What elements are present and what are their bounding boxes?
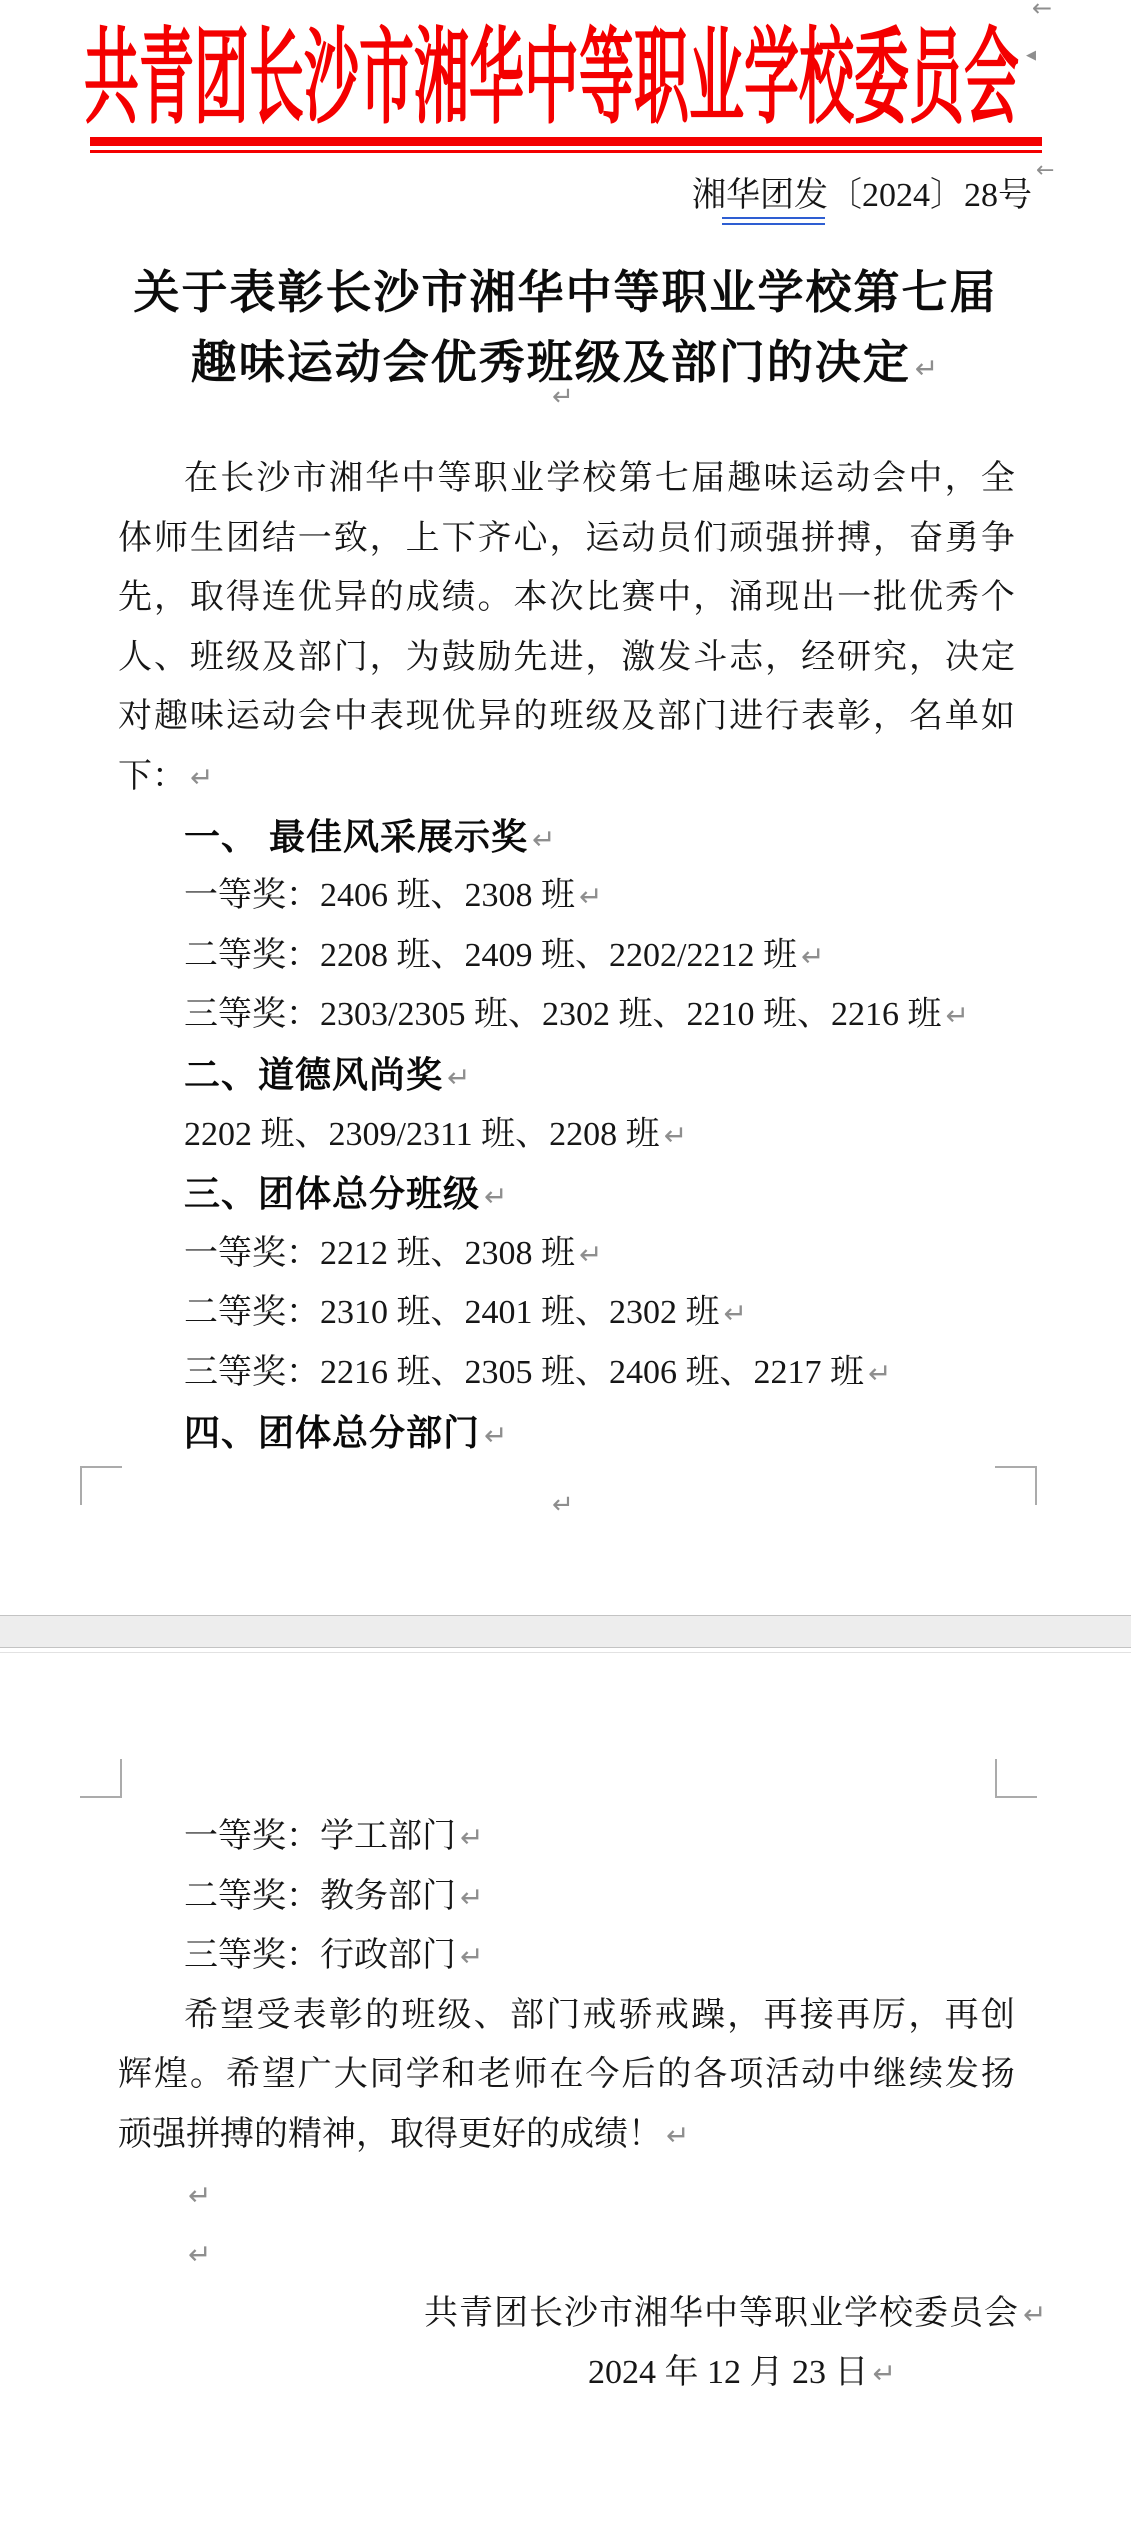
char: 长 (220, 458, 254, 500)
char: 望 (262, 2054, 296, 2096)
char: 异 (334, 577, 368, 619)
line-text: 二等奖：2310 班、2401 班、2302 班 (184, 1294, 720, 1331)
char: 校 (582, 458, 616, 500)
line-text: 三等奖：2303/2305 班、2302 班、2210 班、2216 班 (184, 996, 941, 1033)
document-line: 一等奖：2406 班、2308 班↵ (184, 875, 602, 917)
paragraph-mark-icon: ↵ (868, 1357, 891, 1390)
document-line: 2024 年 12 月 23 日↵ (588, 2352, 896, 2394)
char: 励 (478, 637, 512, 679)
page1-bottom-right-margin-mark (995, 1466, 1037, 1505)
char: 华 (365, 458, 399, 500)
paragraph-mark-icon: ↵ (188, 2179, 211, 2212)
section-heading: 一、 最佳风采展示奖↵ (184, 816, 556, 858)
char: 趣 (154, 696, 188, 738)
char: ， (370, 518, 404, 560)
doc-number: 湘华团发〔2024〕28号 (692, 176, 1032, 216)
line-text: 一等奖：学工部门 (184, 1818, 456, 1855)
char: 成 (406, 577, 440, 619)
char: 如 (981, 696, 1015, 738)
char: ， (370, 637, 404, 679)
char: 得 (226, 577, 260, 619)
paragraph-mark-icon: ↵ (873, 2357, 896, 2390)
letterhead-title: 共青团长沙市湘华中等职业学校委员会 (84, 0, 1018, 144)
line-text: 二等奖：教务部门 (184, 1878, 456, 1915)
char: 批 (873, 577, 907, 619)
char: 师 (154, 518, 188, 560)
paragraph-mark-icon: ↵ (579, 1238, 602, 1271)
char: 、 (154, 637, 188, 679)
char: 涌 (729, 577, 763, 619)
char: 彰 (329, 1995, 363, 2037)
char: 绩 (442, 577, 476, 619)
char: 单 (945, 696, 979, 738)
char: 结 (262, 518, 296, 560)
char: 的 (365, 1995, 399, 2037)
document-line: 顽强拼搏的精神，取得更好的成绩！↵ (118, 2114, 689, 2156)
char: 名 (909, 696, 943, 738)
char: 表 (801, 696, 835, 738)
char: 动 (262, 696, 296, 738)
paragraph-mark-icon: ↵ (666, 2119, 689, 2152)
char: 续 (909, 2054, 943, 2096)
paragraph-return-icon: ← (1036, 158, 1054, 183)
char: 勇 (945, 518, 979, 560)
char: 七 (655, 458, 689, 500)
char: 活 (765, 2054, 799, 2096)
line-text: 一等奖：2406 班、2308 班 (184, 877, 575, 914)
char: 广 (298, 2054, 332, 2096)
char: 运 (800, 458, 834, 500)
char: 研 (837, 637, 871, 679)
line-text: 共青团长沙市湘华中等职业学校委员会 (424, 2295, 1019, 2332)
char: 比 (585, 577, 619, 619)
char: 学 (406, 2054, 440, 2096)
char: 取 (190, 577, 224, 619)
document-line: 一等奖：2212 班、2308 班↵ (184, 1233, 602, 1275)
line-text: 下： (118, 758, 186, 795)
char: 对 (118, 696, 152, 738)
char: ， (693, 577, 727, 619)
char: 优 (909, 577, 943, 619)
document-line: 在长沙市湘华中等职业学校第七届趣味运动会中，全 (184, 458, 1015, 500)
document-line: 三等奖：2303/2305 班、2302 班、2210 班、2216 班↵ (184, 994, 969, 1036)
paragraph-mark-icon: ↵ (484, 1180, 508, 1213)
char: 顽 (729, 518, 763, 560)
line-text: 四、团体总分部门 (184, 1412, 480, 1453)
char: 市 (293, 458, 327, 500)
char: 动 (836, 458, 870, 500)
char: 生 (190, 518, 224, 560)
paragraph-mark-icon: ↵ (447, 1061, 471, 1094)
char: 会 (298, 696, 332, 738)
paragraph-mark-icon: ↵ (801, 940, 824, 973)
char: 及 (621, 696, 655, 738)
char: 争 (981, 518, 1015, 560)
char: 全 (981, 458, 1015, 500)
char: 门 (546, 1995, 580, 2037)
char: 大 (334, 2054, 368, 2096)
char: 动 (801, 2054, 835, 2096)
document-line: 对趣味运动会中表现优异的班级及部门进行表彰，名单如 (118, 696, 1015, 738)
char: 先 (118, 577, 152, 619)
char: 人 (118, 637, 152, 679)
char: 同 (370, 2054, 404, 2096)
document-line: 共青团长沙市湘华中等职业学校委员会↵ (424, 2293, 1047, 2335)
char: 体 (118, 518, 152, 560)
spellcheck-underline (722, 217, 825, 225)
char: 运 (226, 696, 260, 738)
line-text: 2024 年 12 月 23 日 (588, 2354, 869, 2391)
char: 的 (657, 2054, 691, 2096)
char: 学 (546, 458, 580, 500)
char: 异 (478, 696, 512, 738)
document-line: 二等奖：教务部门↵ (184, 1876, 483, 1918)
char: 本 (513, 577, 547, 619)
char: 团 (226, 518, 260, 560)
line-text: 一、 最佳风采展示奖 (184, 816, 528, 857)
char: 接 (800, 1995, 834, 2037)
red-rule-thin (90, 150, 1042, 153)
char: 部 (298, 637, 332, 679)
paragraph-mark-icon: ↵ (915, 352, 940, 385)
char: 现 (765, 577, 799, 619)
paragraph-mark-icon: ↵ (552, 382, 574, 412)
paragraph-return-icon: ← (1032, 0, 1052, 22)
page2-top-right-margin-mark (995, 1759, 1037, 1798)
char: 师 (513, 2054, 547, 2096)
document-line: ↵ (184, 2174, 211, 2216)
char: 级 (585, 696, 619, 738)
char: ， (909, 637, 943, 679)
char: 再 (945, 1995, 979, 2037)
char: 级 (438, 1995, 472, 2037)
char: 部 (657, 696, 691, 738)
paragraph-mark-icon: ↵ (532, 823, 556, 856)
char: 受 (256, 1995, 290, 2037)
char: ， (873, 518, 907, 560)
char: 项 (729, 2054, 763, 2096)
char: 在 (184, 458, 218, 500)
paragraph-mark-icon: ↵ (460, 1940, 483, 1973)
char: 一 (298, 518, 332, 560)
char: 一 (837, 577, 871, 619)
char: 扬 (981, 2054, 1015, 2096)
char: 激 (621, 637, 655, 679)
char: 进 (549, 637, 583, 679)
red-rule-thick (90, 137, 1042, 146)
char: 员 (657, 518, 691, 560)
document-line: 体师生团结一致，上下齐心，运动员们顽强拼搏，奋勇争 (118, 518, 1015, 560)
page2-top-left-margin-mark (80, 1759, 122, 1798)
char: 味 (764, 458, 798, 500)
char: 班 (401, 1995, 435, 2037)
char: 齐 (478, 518, 512, 560)
char: 为 (406, 637, 440, 679)
char: ， (585, 637, 619, 679)
page2-top-edge (0, 1652, 1131, 1653)
char: 上 (406, 518, 440, 560)
char: ， (945, 458, 979, 500)
line-text: 三、团体总分班级 (184, 1173, 480, 1214)
char: 辉 (118, 2054, 152, 2096)
char: 究 (873, 637, 907, 679)
char: 希 (226, 2054, 260, 2096)
char: 中 (334, 696, 368, 738)
char: 在 (549, 2054, 583, 2096)
document-line: 三等奖：2216 班、2305 班、2406 班、2217 班↵ (184, 1352, 891, 1394)
paragraph-mark-icon: ↵ (188, 2238, 211, 2271)
char: 业 (510, 458, 544, 500)
char: 发 (657, 637, 691, 679)
char: 厉 (872, 1995, 906, 2037)
line-text: 三等奖：2216 班、2305 班、2406 班、2217 班 (184, 1354, 864, 1391)
char: 。 (190, 2054, 224, 2096)
document-line: 人、班级及部门，为鼓励先进，激发斗志，经研究，决定 (118, 637, 1015, 679)
line-text: 顽强拼搏的精神，取得更好的成绩！ (118, 2116, 662, 2153)
char: ， (765, 637, 799, 679)
char: 们 (693, 518, 727, 560)
char: 决 (945, 637, 979, 679)
section-heading: 二、道德风尚奖↵ (184, 1054, 471, 1096)
char: 第 (619, 458, 653, 500)
line-text: 一等奖：2212 班、2308 班 (184, 1235, 575, 1272)
char: 职 (474, 458, 508, 500)
char: 班 (549, 696, 583, 738)
document-line: 2202 班、2309/2311 班、2208 班↵ (184, 1114, 687, 1156)
char: 等 (438, 458, 472, 500)
char: 戒 (655, 1995, 689, 2037)
char: 中 (657, 577, 691, 619)
char: 湘 (329, 458, 363, 500)
char: 志 (729, 637, 763, 679)
char: 再 (764, 1995, 798, 2037)
char: 表 (370, 696, 404, 738)
char: 中 (908, 458, 942, 500)
char: 次 (549, 577, 583, 619)
document-line: 下：↵ (118, 756, 213, 798)
document-line: 先，取得连优异的成绩。本次比赛中，涌现出一批优秀个 (118, 577, 1015, 619)
paragraph-mark-icon: ↵ (460, 1881, 483, 1914)
paragraph-mark-icon: ↵ (664, 1119, 687, 1152)
document-line: 二等奖：2208 班、2409 班、2202/2212 班↵ (184, 935, 824, 977)
line-text: 三等奖：行政部门 (184, 1937, 456, 1974)
char: 望 (220, 1995, 254, 2037)
char: 拼 (801, 518, 835, 560)
char: 沙 (256, 458, 290, 500)
char: 下 (442, 518, 476, 560)
char: 希 (184, 1995, 218, 2037)
char: 再 (836, 1995, 870, 2037)
line-text: 二、道德风尚奖 (184, 1054, 443, 1095)
paragraph-mark-icon: ↵ (484, 1419, 508, 1452)
char: 门 (334, 637, 368, 679)
section-heading: 四、团体总分部门↵ (184, 1412, 508, 1454)
paragraph-mark-icon: ↵ (724, 1297, 747, 1330)
char: 的 (370, 577, 404, 619)
char: 后 (621, 2054, 655, 2096)
char: 会 (872, 458, 906, 500)
line-text: 2202 班、2309/2311 班、2208 班 (184, 1116, 660, 1153)
char: 现 (406, 696, 440, 738)
char: 和 (442, 2054, 476, 2096)
char: 连 (262, 577, 296, 619)
char: ， (727, 1995, 761, 2037)
char: 强 (765, 518, 799, 560)
char: 优 (442, 696, 476, 738)
char: 动 (621, 518, 655, 560)
char: ， (873, 696, 907, 738)
document-line: ↵ (184, 2233, 211, 2275)
char: 老 (478, 2054, 512, 2096)
paragraph-mark-icon: ↵ (460, 1821, 483, 1854)
char: ， (549, 518, 583, 560)
char: 中 (401, 458, 435, 500)
char: 表 (293, 1995, 327, 2037)
char: 届 (691, 458, 725, 500)
char: 斗 (693, 637, 727, 679)
char: 出 (801, 577, 835, 619)
char: 、 (474, 1995, 508, 2037)
char: 经 (801, 637, 835, 679)
char: 部 (510, 1995, 544, 2037)
char: 级 (226, 637, 260, 679)
char: 先 (513, 637, 547, 679)
char: 班 (190, 637, 224, 679)
char: 继 (873, 2054, 907, 2096)
char: 奋 (909, 518, 943, 560)
char: 鼓 (442, 637, 476, 679)
document-line: 二等奖：2310 班、2401 班、2302 班↵ (184, 1292, 747, 1334)
document-title-line2-text: 趣味运动会优秀班级及部门的决定 (191, 337, 911, 388)
paragraph-mark-icon: ↵ (945, 999, 968, 1032)
char: 秀 (945, 577, 979, 619)
char: 骄 (619, 1995, 653, 2037)
paragraph-mark-icon: ↵ (552, 1490, 574, 1520)
char: 彰 (837, 696, 871, 738)
char: 心 (513, 518, 547, 560)
paragraph-mark-icon: ↵ (1023, 2298, 1047, 2331)
char: 及 (262, 637, 296, 679)
word-document-page: 共青团长沙市湘华中等职业学校委员会 ← ◀ 湘华团发〔2024〕28号 ← 关于… (0, 0, 1131, 2531)
char: 煌 (154, 2054, 188, 2096)
page-separator (0, 1615, 1131, 1648)
char: 躁 (691, 1995, 725, 2037)
char: ， (908, 1995, 942, 2037)
char: 。 (478, 577, 512, 619)
char: 搏 (837, 518, 871, 560)
char: 致 (334, 518, 368, 560)
char: 行 (765, 696, 799, 738)
paragraph-mark-icon: ↵ (579, 880, 602, 913)
char: 个 (981, 577, 1015, 619)
document-line: 三等奖：行政部门↵ (184, 1935, 483, 1977)
char: 趣 (727, 458, 761, 500)
document-line: 辉煌。希望广大同学和老师在今后的各项活动中继续发扬 (118, 2054, 1015, 2096)
char: ， (154, 577, 188, 619)
document-line: 希望受表彰的班级、部门戒骄戒躁，再接再厉，再创 (184, 1995, 1015, 2037)
char: 味 (190, 696, 224, 738)
page1-bottom-left-margin-mark (80, 1466, 122, 1505)
paragraph-mark-icon: ↵ (190, 761, 213, 794)
char: 中 (837, 2054, 871, 2096)
char: 戒 (582, 1995, 616, 2037)
section-heading: 三、团体总分班级↵ (184, 1173, 508, 1215)
char: 的 (513, 696, 547, 738)
char: 创 (981, 1995, 1015, 2037)
char: 运 (585, 518, 619, 560)
char: 各 (693, 2054, 727, 2096)
line-text: 二等奖：2208 班、2409 班、2202/2212 班 (184, 937, 797, 974)
document-title-line1: 关于表彰长沙市湘华中等职业学校第七届 (0, 256, 1131, 322)
char: 定 (981, 637, 1015, 679)
char: 赛 (621, 577, 655, 619)
char: 优 (298, 577, 332, 619)
left-triangle-icon: ◀ (1026, 48, 1036, 63)
char: 进 (729, 696, 763, 738)
document-line: 一等奖：学工部门↵ (184, 1816, 483, 1858)
char: 发 (945, 2054, 979, 2096)
char: 门 (693, 696, 727, 738)
char: 今 (585, 2054, 619, 2096)
